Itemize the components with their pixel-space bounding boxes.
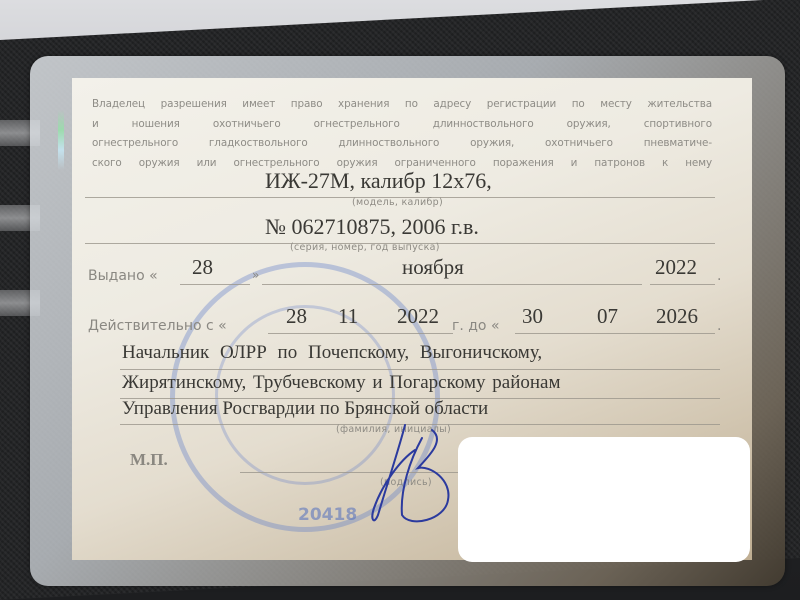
valid-to-month: 07	[597, 304, 618, 329]
issued-year-suffix: .	[717, 268, 721, 284]
issuer-line: Управления Росгвардии по Брянской област…	[122, 398, 488, 420]
serial-year-caption: (серия, номер, год выпуска)	[290, 242, 440, 253]
valid-to-suffix: .	[717, 318, 721, 334]
issued-year: 2022	[655, 255, 697, 280]
issued-day: 28	[192, 255, 213, 280]
valid-to-year: 2026	[656, 304, 698, 329]
stamp-placeholder-label: М.П.	[130, 450, 168, 470]
issuer-line: Жирятинскому, Трубчевскому и Погарскому …	[122, 372, 561, 394]
underline	[268, 333, 453, 334]
preamble-line: и ношения охотничьего огнестрельного дли…	[92, 115, 712, 135]
redaction-box	[458, 437, 750, 562]
underline	[180, 284, 250, 285]
stamp-number: 20418	[298, 505, 357, 525]
model-caliber-caption: (модель, калибр)	[352, 197, 443, 208]
issued-month: ноября	[402, 255, 464, 280]
underline	[515, 333, 715, 334]
valid-from-day: 28	[286, 304, 307, 329]
preamble-text: Владелец разрешения имеет право хранения…	[92, 95, 712, 173]
issued-label: Выдано «	[88, 268, 158, 284]
underline	[120, 369, 720, 370]
valid-from-month: 11	[338, 304, 358, 329]
preamble-line: огнестрельного гладкоствольного длинност…	[92, 134, 712, 154]
preamble-line: Владелец разрешения имеет право хранения…	[92, 95, 712, 115]
valid-label: Действительно с «	[88, 318, 227, 334]
weapon-model-caliber: ИЖ-27М, калибр 12х76,	[265, 168, 492, 194]
hologram-strip	[58, 110, 64, 170]
underline	[262, 284, 642, 285]
issued-day-close: »	[252, 268, 259, 282]
weapon-serial-year: № 062710875, 2006 г.в.	[265, 214, 479, 240]
valid-from-year: 2022	[397, 304, 439, 329]
valid-to-day: 30	[522, 304, 543, 329]
valid-to-label: г. до «	[452, 318, 500, 334]
issuer-line: Начальник ОЛРР по Почепскому, Выгоничско…	[122, 342, 542, 364]
handwritten-signature	[360, 420, 470, 530]
underline	[650, 284, 715, 285]
